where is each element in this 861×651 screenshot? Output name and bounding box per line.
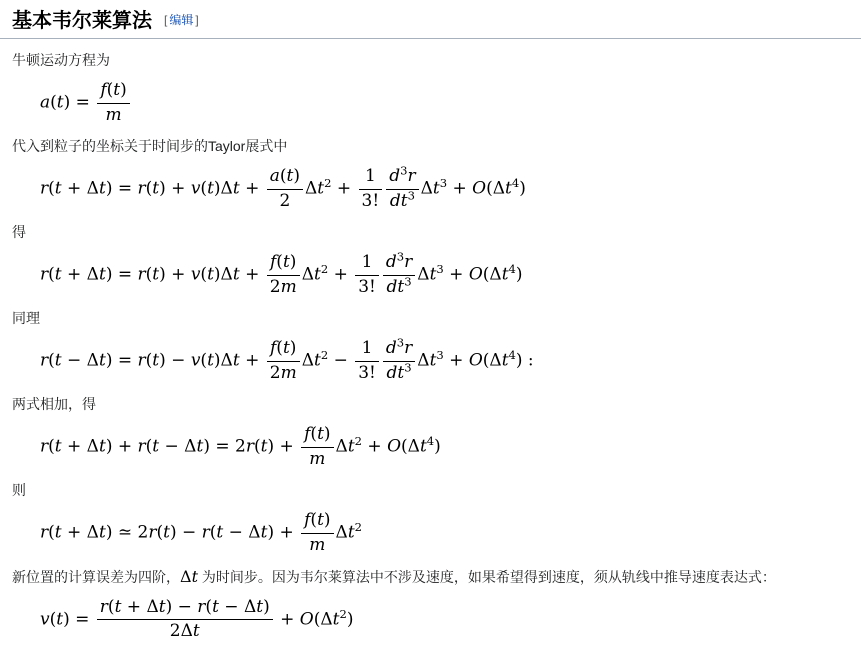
error-note-before: 新位置的计算误差为四阶，: [12, 569, 180, 585]
inline-math-delta-t: Δt: [180, 567, 198, 586]
paragraph-add-both: 两式相加，得: [12, 393, 849, 415]
edit-section: [编辑]: [164, 13, 199, 27]
formula-newton-eom: a(t) = f(t)m: [40, 81, 849, 125]
paragraph-newton-intro: 牛顿运动方程为: [12, 49, 849, 71]
paragraph-similarly: 同理: [12, 307, 849, 329]
error-note-after: 为时间步。因为韦尔莱算法中不涉及速度，如果希望得到速度，须从轨线中推导速度表达式…: [198, 569, 776, 585]
formula-taylor-force-plus: r(t + Δt) = r(t) + v(t)Δt + f(t)2mΔt2 + …: [40, 253, 849, 297]
formula-verlet-position: r(t + Δt) ≃ 2r(t) − r(t − Δt) + f(t)mΔt2: [40, 511, 849, 555]
article-body: 牛顿运动方程为 a(t) = f(t)m 代入到粒子的坐标关于时间步的Taylo…: [0, 49, 861, 642]
edit-bracket-close: ]: [195, 13, 198, 27]
formula-velocity: v(t) = r(t + Δt) − r(t − Δt)2Δt + O(Δt2): [40, 598, 849, 642]
formula-taylor-force-minus: r(t − Δt) = r(t) − v(t)Δt + f(t)2mΔt2 − …: [40, 339, 849, 383]
formula-sum-of-expansions: r(t + Δt) + r(t − Δt) = 2r(t) + f(t)mΔt2…: [40, 425, 849, 469]
paragraph-obtain: 得: [12, 221, 849, 243]
formula-taylor-acceleration: r(t + Δt) = r(t) + v(t)Δt + a(t)2Δt2 + 1…: [40, 167, 849, 211]
paragraph-error-note: 新位置的计算误差为四阶，Δt 为时间步。因为韦尔莱算法中不涉及速度，如果希望得到…: [12, 566, 849, 588]
edit-link[interactable]: 编辑: [167, 13, 195, 27]
section-heading: 基本韦尔莱算法[编辑]: [0, 0, 861, 39]
paragraph-taylor-intro: 代入到粒子的坐标关于时间步的Taylor展式中: [12, 135, 849, 157]
section-title: 基本韦尔莱算法: [12, 10, 152, 32]
paragraph-then: 则: [12, 479, 849, 501]
